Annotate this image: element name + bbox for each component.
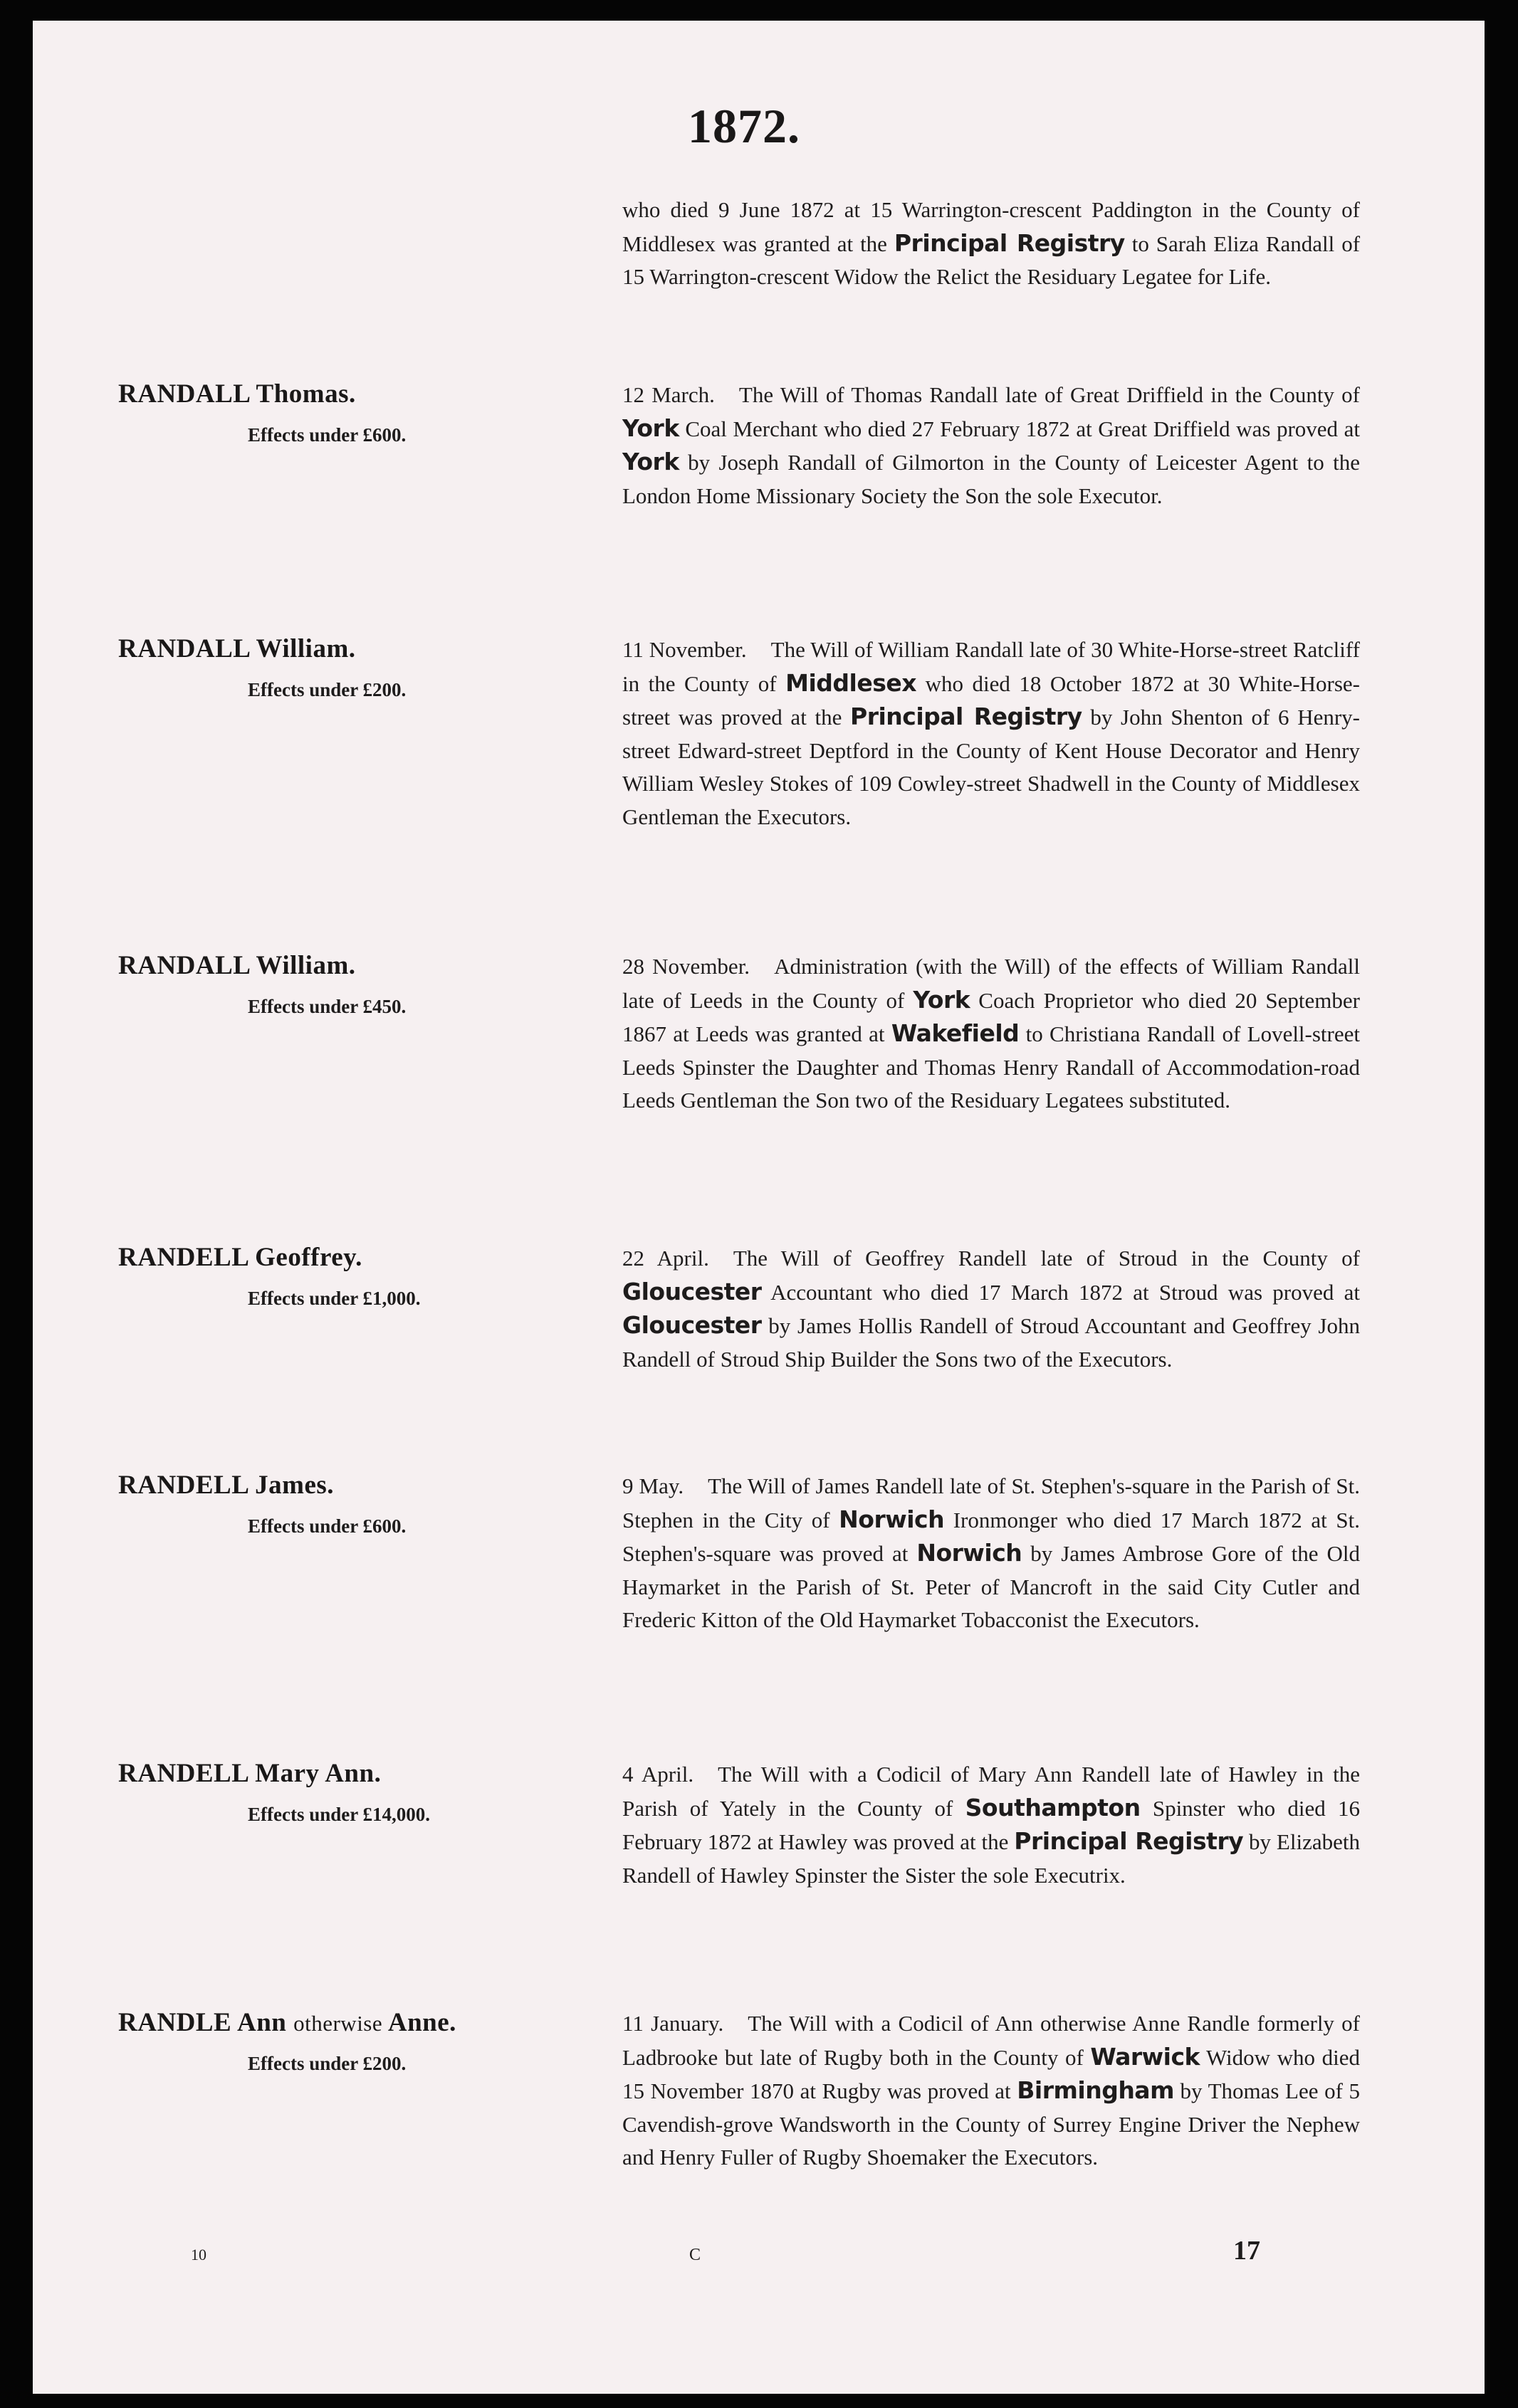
place-name-bold: Gloucester xyxy=(622,1311,762,1339)
entry-text: 4 April.The Will with a Codicil of Mary … xyxy=(622,1758,1360,1892)
place-name-bold: Principal Registry xyxy=(1014,1827,1243,1855)
page-number: 17 xyxy=(1233,2235,1260,2266)
place-name-bold: Gloucester xyxy=(622,1278,762,1305)
entry-text: 9 May.The Will of James Randell late of … xyxy=(622,1470,1360,1637)
entry-name: RANDALL William. xyxy=(118,633,356,664)
place-name-bold: York xyxy=(913,986,970,1014)
entry-effects: Effects under £600. xyxy=(248,424,406,446)
entry-text: 22 April.The Will of Geoffrey Randell la… xyxy=(622,1242,1360,1376)
footer-signature-number: 10 xyxy=(191,2246,206,2264)
place-name-bold: Wakefield xyxy=(891,1019,1019,1047)
entry-effects: Effects under £14,000. xyxy=(248,1804,430,1826)
place-name-bold: Norwich xyxy=(839,1505,944,1533)
entry-name: RANDELL James. xyxy=(118,1470,334,1500)
entry-name: RANDALL Thomas. xyxy=(118,379,356,409)
entry-effects: Effects under £450. xyxy=(248,996,406,1018)
entry-text: 11 November.The Will of William Randall … xyxy=(622,633,1360,834)
place-name-bold: Principal Registry xyxy=(850,703,1082,730)
entry-effects: Effects under £200. xyxy=(248,2053,406,2075)
place-name-bold: York xyxy=(622,414,679,442)
continuation-paragraph: who died 9 June 1872 at 15 Warrington-cr… xyxy=(622,194,1360,294)
entry-text: 12 March.The Will of Thomas Randall late… xyxy=(622,379,1360,512)
place-name-bold: Southampton xyxy=(965,1794,1141,1821)
page-year-heading: 1872. xyxy=(688,98,800,154)
place-name-bold: Warwick xyxy=(1090,2043,1200,2071)
place-name-bold: Norwich xyxy=(916,1539,1022,1567)
entry-name: RANDALL William. xyxy=(118,950,356,981)
entry-effects: Effects under £1,000. xyxy=(248,1288,421,1310)
entry-name: RANDLE Ann otherwise Anne. xyxy=(118,2007,456,2038)
entry-text: 28 November.Administration (with the Wil… xyxy=(622,950,1360,1118)
entry-name: RANDELL Geoffrey. xyxy=(118,1242,362,1273)
place-name-bold: York xyxy=(622,448,679,475)
entry-name: RANDELL Mary Ann. xyxy=(118,1758,381,1789)
place-name-bold: Birmingham xyxy=(1017,2076,1174,2104)
place-name-bold: Middlesex xyxy=(785,669,916,697)
place-name-bold: Principal Registry xyxy=(894,229,1125,257)
entry-effects: Effects under £600. xyxy=(248,1515,406,1537)
entry-text: 11 January.The Will with a Codicil of An… xyxy=(622,2007,1360,2175)
entry-effects: Effects under £200. xyxy=(248,679,406,701)
footer-signature-letter: C xyxy=(689,2246,701,2265)
